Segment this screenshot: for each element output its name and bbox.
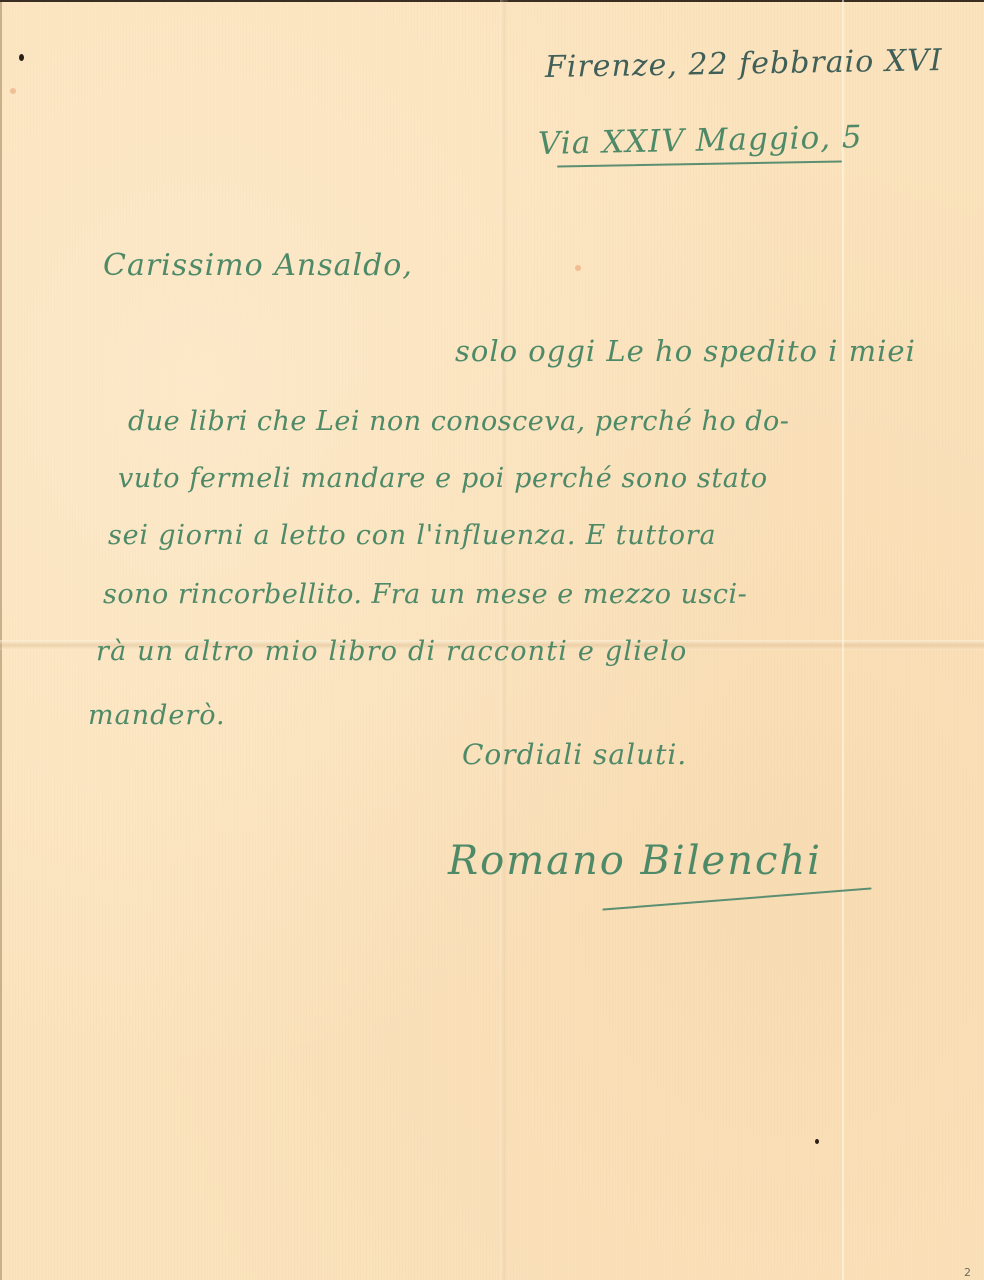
body-line-2: due libri che Lei non conosceva, perché … bbox=[128, 406, 789, 437]
salutation: Carissimo Ansaldo, bbox=[103, 248, 413, 283]
signature: Romano Bilenchi bbox=[448, 838, 822, 884]
signature-underline bbox=[602, 887, 871, 910]
address-line: Via XXIV Maggio, 5 bbox=[538, 119, 863, 162]
body-line-7: manderò. bbox=[88, 700, 226, 731]
body-line-1: solo oggi Le ho spedito i miei bbox=[455, 334, 916, 368]
closing: Cordiali saluti. bbox=[462, 738, 687, 771]
address-underline bbox=[557, 161, 842, 168]
paper-stain bbox=[10, 88, 16, 94]
place-date-line: Firenze, 22 febbraio XVI bbox=[545, 43, 943, 85]
body-line-3: vuto fermeli mandare e poi perché sono s… bbox=[118, 463, 768, 494]
letter-page: Firenze, 22 febbraio XVI Via XXIV Maggio… bbox=[0, 0, 984, 1280]
body-line-6: rà un altro mio libro di racconti e glie… bbox=[96, 636, 688, 667]
body-line-5: sono rincorbellito. Fra un mese e mezzo … bbox=[103, 579, 747, 610]
ink-speck bbox=[815, 1139, 819, 1144]
ink-speck bbox=[19, 54, 24, 61]
vertical-crease-line bbox=[842, 0, 844, 1280]
body-line-4: sei giorni a letto con l'influenza. E tu… bbox=[108, 520, 716, 551]
page-marker: 2 bbox=[964, 1266, 971, 1279]
paper-stain bbox=[575, 265, 581, 271]
